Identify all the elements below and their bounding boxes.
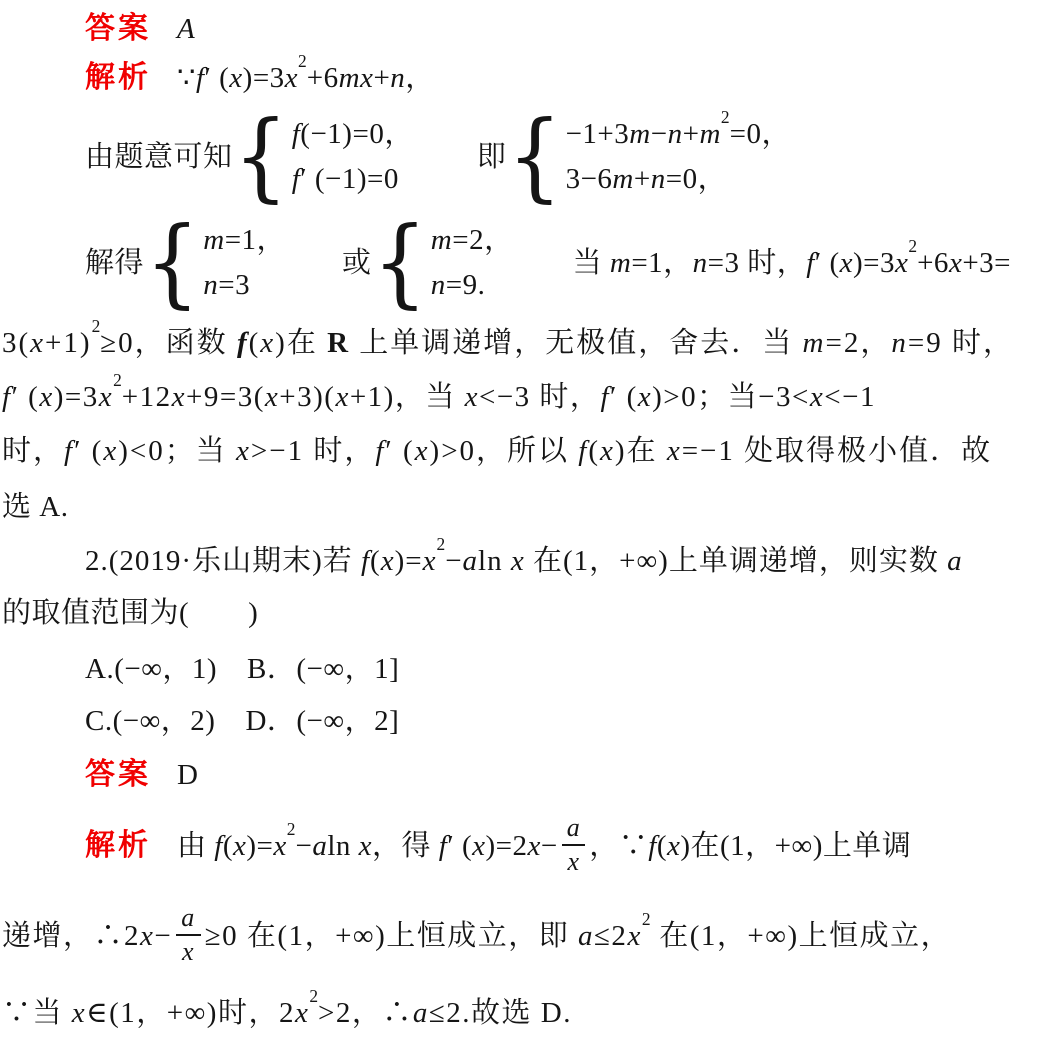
equation-row: m=2，	[431, 218, 514, 263]
text-run: 递增，∴2x−	[2, 915, 172, 957]
equation-row: −1+3m−n+m2=0，	[566, 112, 791, 157]
text-run: D．(−∞，2]	[245, 705, 399, 737]
text-run: 的取值范围为( )	[2, 597, 258, 629]
equation-system: {m=1，n=3	[145, 218, 286, 308]
fraction-denominator: x	[567, 846, 579, 877]
equation-row: m=1，	[203, 218, 286, 263]
fraction-numerator: a	[562, 813, 586, 846]
spacer	[217, 677, 247, 678]
text-run: 时，f′ (x)<0；当 x>−1 时，f′ (x)>0，所以 f(x)在 x=…	[2, 435, 992, 467]
left-brace: {	[507, 109, 562, 205]
text-run: A.(−∞，1)	[85, 653, 217, 685]
fraction: ax	[562, 813, 586, 877]
q2-analysis-line-1: 解析由 f(x)=x2−aln x，得 f′ (x)=2x−ax，∵f(x)在(…	[85, 806, 911, 886]
q1-analysis-line-3: 解得{m=1，n=3或{m=2，n=9.当 m=1，n=3 时，f′ (x)=3…	[85, 216, 1011, 310]
q2-option-row-cd: C.(−∞，2)D．(−∞，2]	[85, 700, 399, 742]
equation-rows: m=2，n=9.	[431, 218, 514, 308]
text-run: ∵当 x∈(1，+∞)时，2x2>2，∴a≤2.故选 D.	[2, 997, 572, 1029]
text-run: B．(−∞，1]	[247, 653, 399, 685]
left-brace: {	[234, 109, 289, 205]
equation-row: n=9.	[431, 263, 514, 308]
q1-analysis-line-2: 由题意可知{f(−1)=0，f′ (−1)=0即{−1+3m−n+m2=0，3−…	[85, 110, 792, 204]
q1-analysis-line-6: 时，f′ (x)<0；当 x>−1 时，f′ (x)>0，所以 f(x)在 x=…	[2, 430, 992, 472]
q2-question-line-1: 2.(2019·乐山期末)若 f(x)=x2−aln x 在(1，+∞)上单调递…	[85, 540, 963, 582]
equation-rows: −1+3m−n+m2=0，3−6m+n=0，	[566, 112, 791, 202]
equation-system: {−1+3m−n+m2=0，3−6m+n=0，	[507, 112, 791, 202]
text-run: ≥0 在(1，+∞)上恒成立，即 a≤2x2 在(1，+∞)上恒成立，	[205, 915, 951, 957]
answer-label: 答案	[85, 12, 151, 45]
spacer	[515, 263, 573, 264]
text-run: 或	[342, 242, 372, 284]
text-run: 3(x+1)2≥0，函数 f(x)在 R 上单调递增，无极值，舍去．当 m=2，…	[2, 327, 1014, 359]
answer-label: 解析	[85, 61, 151, 94]
q1-analysis-line-1: 解析∵f′ (x)=3x2+6mx+n，	[85, 57, 435, 99]
left-brace: {	[373, 215, 428, 311]
equation-system: {m=2，n=9.	[373, 218, 514, 308]
spacer	[415, 157, 477, 158]
equation-row: f′ (−1)=0	[292, 157, 414, 202]
spacer	[287, 263, 342, 264]
answer-label: 解析	[85, 825, 151, 867]
text-run: C.(−∞，2)	[85, 705, 215, 737]
q2-analysis-line-3: ∵当 x∈(1，+∞)时，2x2>2，∴a≤2.故选 D.	[2, 992, 572, 1034]
text-run: A	[177, 13, 195, 45]
spacer	[215, 729, 245, 730]
equation-rows: f(−1)=0，f′ (−1)=0	[292, 112, 414, 202]
q1-answer-line: 答案A	[85, 8, 195, 50]
equation-row: f(−1)=0，	[292, 112, 414, 157]
document-page: 答案A解析∵f′ (x)=3x2+6mx+n，由题意可知{f(−1)=0，f′ …	[0, 0, 1058, 1058]
fraction: ax	[176, 903, 201, 967]
answer-label: 答案	[85, 758, 151, 791]
fraction-denominator: x	[182, 936, 195, 967]
text-run: f′ (x)=3x2+12x+9=3(x+3)(x+1)，当 x<−3 时，f′…	[2, 381, 876, 413]
left-brace: {	[145, 215, 200, 311]
q2-question-line-2: 的取值范围为( )	[2, 592, 258, 634]
q2-option-row-ab: A.(−∞，1)B．(−∞，1]	[85, 648, 399, 690]
q1-analysis-line-4: 3(x+1)2≥0，函数 f(x)在 R 上单调递增，无极值，舍去．当 m=2，…	[2, 322, 1014, 364]
q2-analysis-line-2: 递增，∴2x−ax≥0 在(1，+∞)上恒成立，即 a≤2x2 在(1，+∞)上…	[2, 893, 951, 979]
text-run: 由题意可知	[85, 136, 233, 178]
equation-row: n=3	[203, 263, 286, 308]
text-run: ，∵f(x)在(1，+∞)上单调	[589, 825, 911, 867]
text-run: 选 A.	[2, 491, 68, 523]
equation-rows: m=1，n=3	[203, 218, 286, 308]
equation-row: 3−6m+n=0，	[566, 157, 791, 202]
text-run: 解得	[85, 242, 144, 284]
text-run: 2.(2019·乐山期末)若 f(x)=x2−aln x 在(1，+∞)上单调递…	[85, 545, 963, 577]
text-run: 即	[477, 136, 507, 178]
q1-analysis-line-5: f′ (x)=3x2+12x+9=3(x+3)(x+1)，当 x<−3 时，f′…	[2, 376, 876, 418]
text-run: 当 m=1，n=3 时，f′ (x)=3x2+6x+3=	[573, 242, 1011, 284]
equation-system: {f(−1)=0，f′ (−1)=0	[234, 112, 414, 202]
text-run: D	[177, 759, 198, 791]
text-run: 由 f(x)=x2−aln x，得 f′ (x)=2x−	[177, 825, 558, 867]
q1-analysis-line-7: 选 A.	[2, 486, 68, 528]
q2-answer-line: 答案D	[85, 754, 198, 796]
text-run: ∵f′ (x)=3x2+6mx+n，	[177, 62, 435, 94]
fraction-numerator: a	[176, 903, 201, 936]
